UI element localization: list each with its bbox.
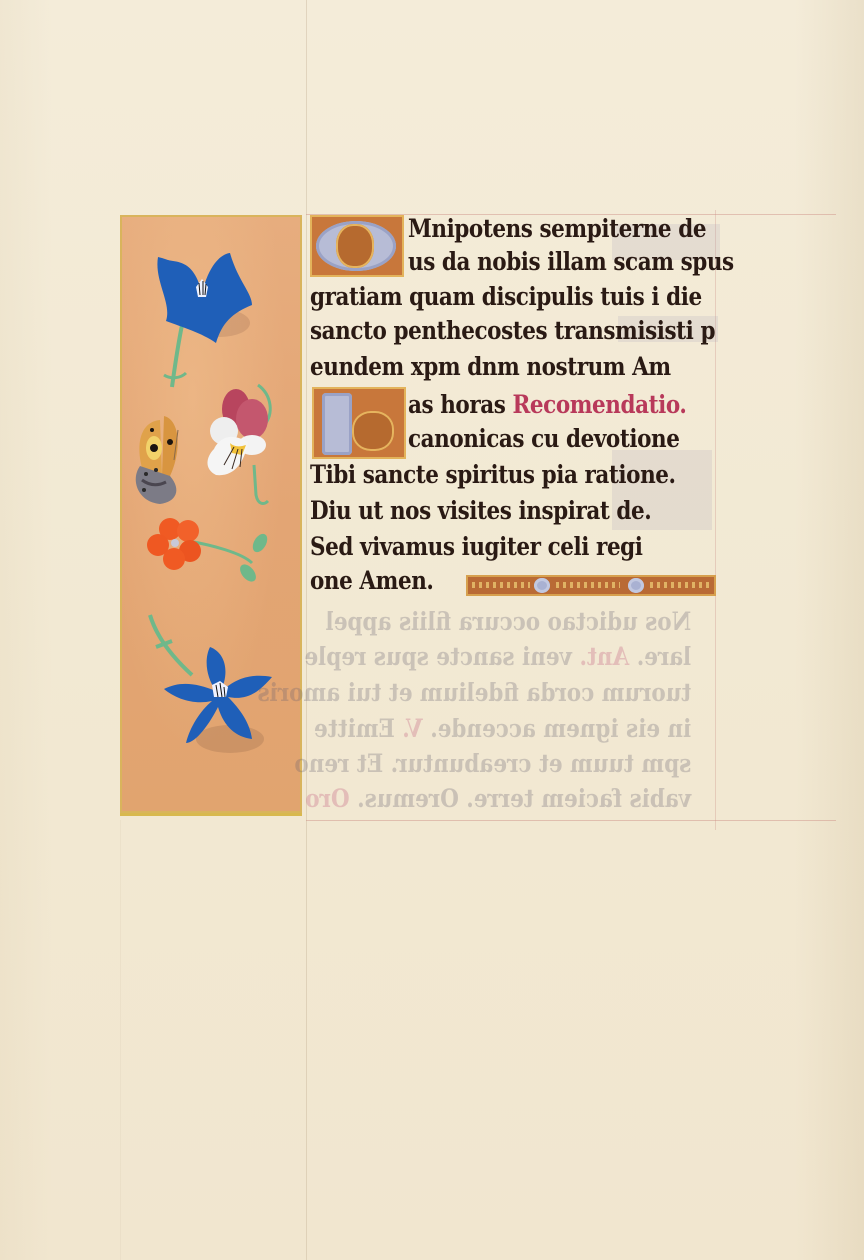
ghost-text: lare. bbox=[629, 642, 691, 671]
show-through-line-1: Nos udictao occura filiis appel bbox=[339, 607, 692, 643]
show-through-line-5: spm tuum et creabuntur. Et reno bbox=[339, 749, 692, 785]
show-through-line-4: in eis ignem accende. V. Emitte bbox=[339, 714, 692, 750]
initial-letter-h bbox=[322, 393, 352, 455]
text-line-6-black: as horas bbox=[408, 390, 512, 419]
fold-line bbox=[306, 0, 307, 1260]
initial-bowl bbox=[352, 411, 394, 451]
text-line-1: Mnipotens sempiterne de bbox=[408, 214, 706, 250]
initial-core bbox=[336, 224, 374, 268]
text-line-5: eundem xpm dnm nostrum Am bbox=[310, 352, 671, 388]
text-line-11: one Amen. bbox=[310, 566, 434, 602]
silver-dot-icon bbox=[628, 578, 644, 593]
manuscript-page: Mnipotens sempiterne de us da nobis illa… bbox=[0, 0, 864, 1260]
rubric-recomendatio: Recomendatio. bbox=[512, 390, 686, 419]
text-line-7: canonicas cu devotione bbox=[408, 424, 679, 460]
vine-pattern bbox=[556, 582, 620, 588]
ghost-rubric: V. bbox=[402, 714, 422, 743]
show-through-line-6: vabis faciem terre. Oremus. Oro bbox=[339, 784, 692, 820]
ghost-text: in eis ignem accende. bbox=[423, 714, 692, 743]
show-through-line-2: lare. Ant. veni sancte spus reple bbox=[339, 642, 692, 678]
pansy-icon bbox=[208, 385, 271, 503]
stem-icon bbox=[150, 615, 192, 675]
line-filler-bar bbox=[466, 575, 716, 596]
ruling-line-right bbox=[715, 210, 716, 830]
text-line-8: Tibi sancte spiritus pia ratione. bbox=[310, 460, 676, 496]
text-line-9: Diu ut nos visites inspirat de. bbox=[310, 496, 651, 532]
decorated-initial-o bbox=[310, 215, 404, 277]
text-line-4: sancto penthecostes transmisisti p bbox=[310, 316, 715, 352]
decorated-initial-h bbox=[312, 387, 406, 459]
silver-dot-icon bbox=[534, 578, 550, 593]
text-line-6: as horas Recomendatio. bbox=[408, 390, 686, 426]
ghost-rubric: Oro bbox=[305, 784, 349, 813]
ghost-text: veni sancte spus reple bbox=[304, 642, 579, 671]
floral-border-panel bbox=[120, 215, 302, 816]
ruling-line-bottom bbox=[306, 820, 836, 821]
ruling-line-left-margin bbox=[120, 820, 121, 1260]
flower-icon bbox=[147, 518, 270, 585]
vine-pattern bbox=[650, 582, 710, 588]
text-line-2: us da nobis illam scam spus bbox=[408, 247, 734, 283]
text-line-3: gratiam quam discipulis tuis i die bbox=[310, 282, 702, 318]
text-line-10: Sed vivamus iugiter celi regi bbox=[310, 532, 643, 568]
butterfly-icon bbox=[136, 416, 178, 504]
ghost-text: vabis faciem terre. Oremus. bbox=[350, 784, 692, 813]
stem-icon bbox=[164, 325, 186, 387]
ghost-text: Emitte bbox=[314, 714, 402, 743]
show-through-line-3: tuorum corda fidelium et tui amoris bbox=[339, 678, 692, 714]
ghost-rubric: Ant. bbox=[579, 642, 629, 671]
flower-icon bbox=[157, 253, 252, 343]
vine-pattern bbox=[472, 582, 530, 588]
